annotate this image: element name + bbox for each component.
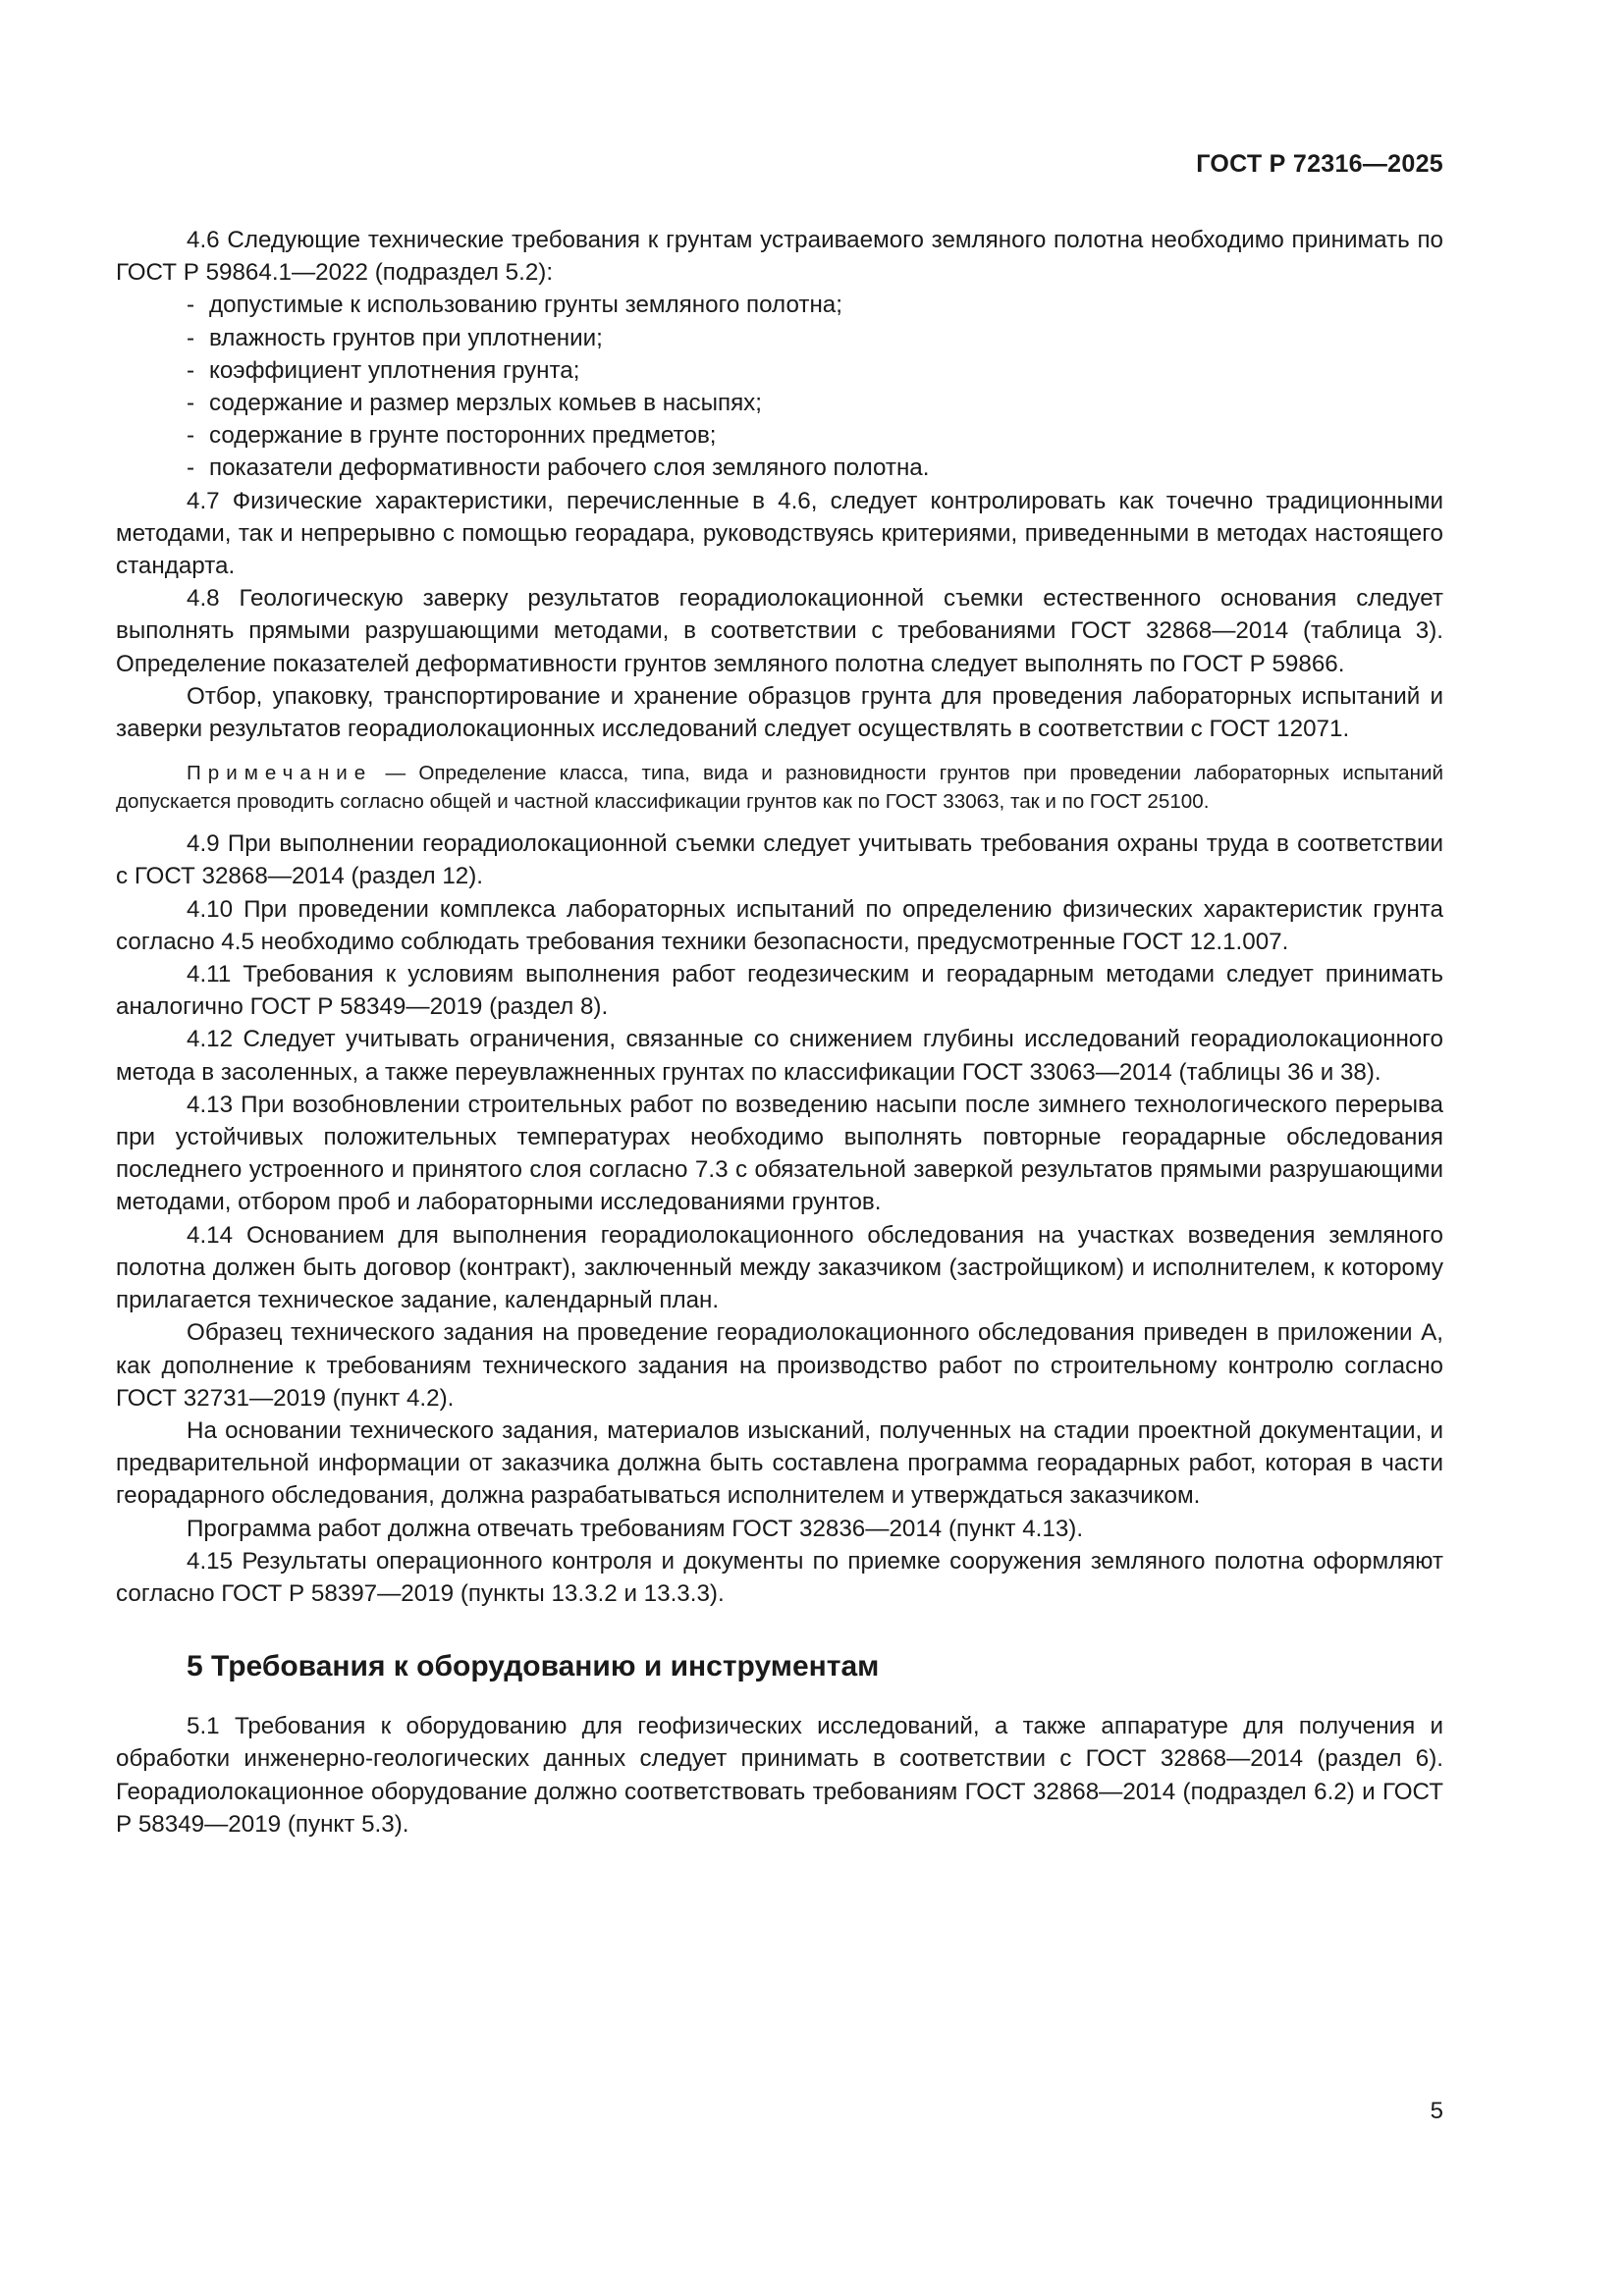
list-item-text: влажность грунтов при уплотнении;	[209, 325, 603, 351]
list-item: -содержание и размер мерзлых комьев в на…	[116, 387, 1443, 419]
paragraph-4-8: 4.8 Геологическую заверку результатов ге…	[116, 582, 1443, 680]
paragraph-4-14-program-requirements: Программа работ должна отвечать требован…	[116, 1513, 1443, 1545]
paragraph-4-6-intro: 4.6 Следующие технические требования к г…	[116, 224, 1443, 289]
paragraph-5-1: 5.1 Требования к оборудованию для геофиз…	[116, 1710, 1443, 1841]
paragraph-4-12: 4.12 Следует учитывать ограничения, связ…	[116, 1023, 1443, 1088]
list-item-text: допустимые к использованию грунты землян…	[209, 292, 842, 318]
list-item: -содержание в грунте посторонних предмет…	[116, 419, 1443, 452]
paragraph-4-14-sample-task: Образец технического задания на проведен…	[116, 1316, 1443, 1415]
list-item-text: показатели деформативности рабочего слоя…	[209, 454, 929, 481]
paragraph-4-8-sampling: Отбор, упаковку, транспортирование и хра…	[116, 680, 1443, 745]
list-dash: -	[187, 452, 209, 484]
requirements-list-4-6: -допустимые к использованию грунты земля…	[116, 289, 1443, 484]
note-dash: —	[372, 762, 418, 784]
paragraph-4-14-program: На основании технического задания, матер…	[116, 1415, 1443, 1513]
list-item: -допустимые к использованию грунты земля…	[116, 289, 1443, 321]
paragraph-4-10: 4.10 При проведении комплекса лабораторн…	[116, 893, 1443, 958]
paragraph-4-11: 4.11 Требования к условиям выполнения ра…	[116, 958, 1443, 1023]
list-dash: -	[187, 419, 209, 452]
document-code-header: ГОСТ Р 72316—2025	[1196, 150, 1443, 179]
paragraph-4-13: 4.13 При возобновлении строительных рабо…	[116, 1089, 1443, 1219]
note-label: Примечание	[187, 762, 372, 784]
list-dash: -	[187, 289, 209, 321]
list-item: -коэффициент уплотнения грунта;	[116, 354, 1443, 387]
paragraph-4-7: 4.7 Физические характеристики, перечисле…	[116, 485, 1443, 583]
list-item: -влажность грунтов при уплотнении;	[116, 322, 1443, 354]
page-number: 5	[1431, 2098, 1443, 2125]
note-block: Примечание — Определение класса, типа, в…	[116, 759, 1443, 816]
paragraph-4-14: 4.14 Основанием для выполнения георадиол…	[116, 1219, 1443, 1317]
paragraph-4-9: 4.9 При выполнении георадиолокационной с…	[116, 828, 1443, 892]
paragraph-4-15: 4.15 Результаты операционного контроля и…	[116, 1545, 1443, 1610]
document-body: 4.6 Следующие технические требования к г…	[116, 224, 1443, 1841]
list-dash: -	[187, 354, 209, 387]
list-item-text: содержание и размер мерзлых комьев в нас…	[209, 390, 762, 416]
list-item-text: содержание в грунте посторонних предмето…	[209, 422, 717, 449]
list-item-text: коэффициент уплотнения грунта;	[209, 357, 579, 384]
list-item: -показатели деформативности рабочего сло…	[116, 452, 1443, 484]
section-5-heading: 5 Требования к оборудованию и инструмент…	[187, 1647, 1443, 1686]
list-dash: -	[187, 322, 209, 354]
list-dash: -	[187, 387, 209, 419]
